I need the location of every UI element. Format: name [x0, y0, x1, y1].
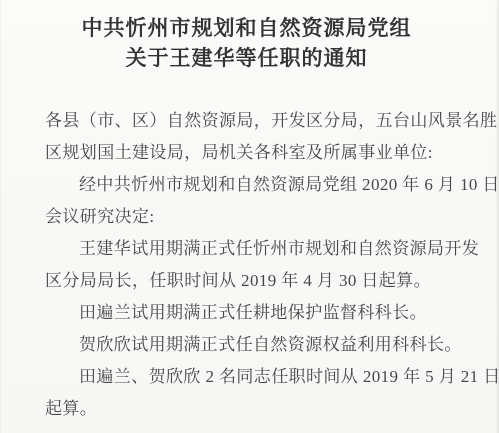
decision-line-1: 经中共忻州市规划和自然资源局党组 2020 年 6 月 10 日: [45, 169, 459, 201]
appointment-tian-line: 田遍兰试用期满正式任耕地保护监督科科长。: [45, 297, 459, 329]
title-line-2: 关于王建华等任职的通知: [0, 43, 493, 73]
document-body: 各县（市、区）自然资源局，开发区分局，五台山风景名胜 区规划国土建设局，局机关各…: [45, 105, 459, 425]
effective-date-line-1: 田遍兰、贺欣欣 2 名同志任职时间从 2019 年 5 月 21 日: [45, 361, 459, 393]
document-title: 中共忻州市规划和自然资源局党组 关于王建华等任职的通知: [0, 13, 493, 73]
appointment-wang-line-2: 区分局局长，任职时间从 2019 年 4 月 30 日起算。: [45, 265, 459, 297]
scanned-document-page: 中共忻州市规划和自然资源局党组 关于王建华等任职的通知 各县（市、区）自然资源局…: [0, 0, 499, 433]
appointment-he-line: 贺欣欣试用期满正式任自然资源权益利用科科长。: [45, 329, 459, 361]
decision-line-2: 会议研究决定:: [45, 201, 459, 233]
title-line-1: 中共忻州市规划和自然资源局党组: [0, 13, 493, 43]
appointment-wang-line-1: 王建华试用期满正式任忻州市规划和自然资源局开发: [45, 233, 459, 265]
recipients-line-2: 区规划国土建设局，局机关各科室及所属事业单位:: [45, 137, 459, 169]
effective-date-line-2: 起算。: [45, 393, 459, 425]
recipients-line-1: 各县（市、区）自然资源局，开发区分局，五台山风景名胜: [45, 105, 459, 137]
